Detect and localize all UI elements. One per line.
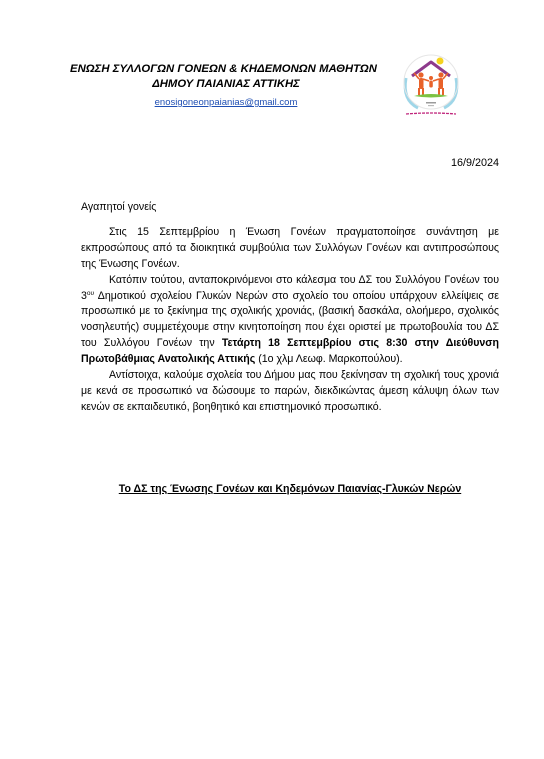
letter-body: Αγαπητοί γονείς Στις 15 Σεπτεμβρίου η Έν… — [81, 200, 499, 416]
letter-page: ΕΝΩΣΗ ΣΥΛΛΟΓΩΝ ΓΟΝΕΩΝ & ΚΗΔΕΜΟΝΩΝ ΜΑΘΗΤΩ… — [0, 0, 544, 759]
family-house-logo-icon — [396, 48, 466, 122]
paragraph-meeting: Στις 15 Σεπτεμβρίου η Ένωση Γονέων πραγμ… — [81, 225, 499, 273]
salutation: Αγαπητοί γονείς — [81, 200, 499, 216]
email-link[interactable]: enosigoneonpaianias@gmail.com — [155, 95, 298, 110]
letterhead: ΕΝΩΣΗ ΣΥΛΛΟΓΩΝ ΓΟΝΕΩΝ & ΚΗΔΕΜΟΝΩΝ ΜΑΘΗΤΩ… — [70, 62, 370, 110]
signature: Το ΔΣ της Ένωσης Γονέων και Κηδεμόνων Πα… — [100, 483, 480, 495]
paragraph-text: (1ο χλμ Λεωφ. Μαρκοπούλου). — [255, 353, 402, 365]
organization-municipality: ΔΗΜΟΥ ΠΑΙΑΝΙΑΣ ΑΤΤΙΚΗΣ — [82, 77, 370, 92]
ordinal-superscript: ου — [87, 290, 94, 297]
organization-name: ΕΝΩΣΗ ΣΥΛΛΟΓΩΝ ΓΟΝΕΩΝ & ΚΗΔΕΜΟΝΩΝ ΜΑΘΗΤΩ… — [70, 62, 370, 77]
letter-date: 16/9/2024 — [451, 157, 499, 169]
paragraph-mobilization: Κατόπιν τούτου, ανταποκρινόμενοι στο κάλ… — [81, 273, 499, 368]
paragraph-call-to-action: Αντίστοιχα, καλούμε σχολεία του Δήμου μα… — [81, 368, 499, 416]
